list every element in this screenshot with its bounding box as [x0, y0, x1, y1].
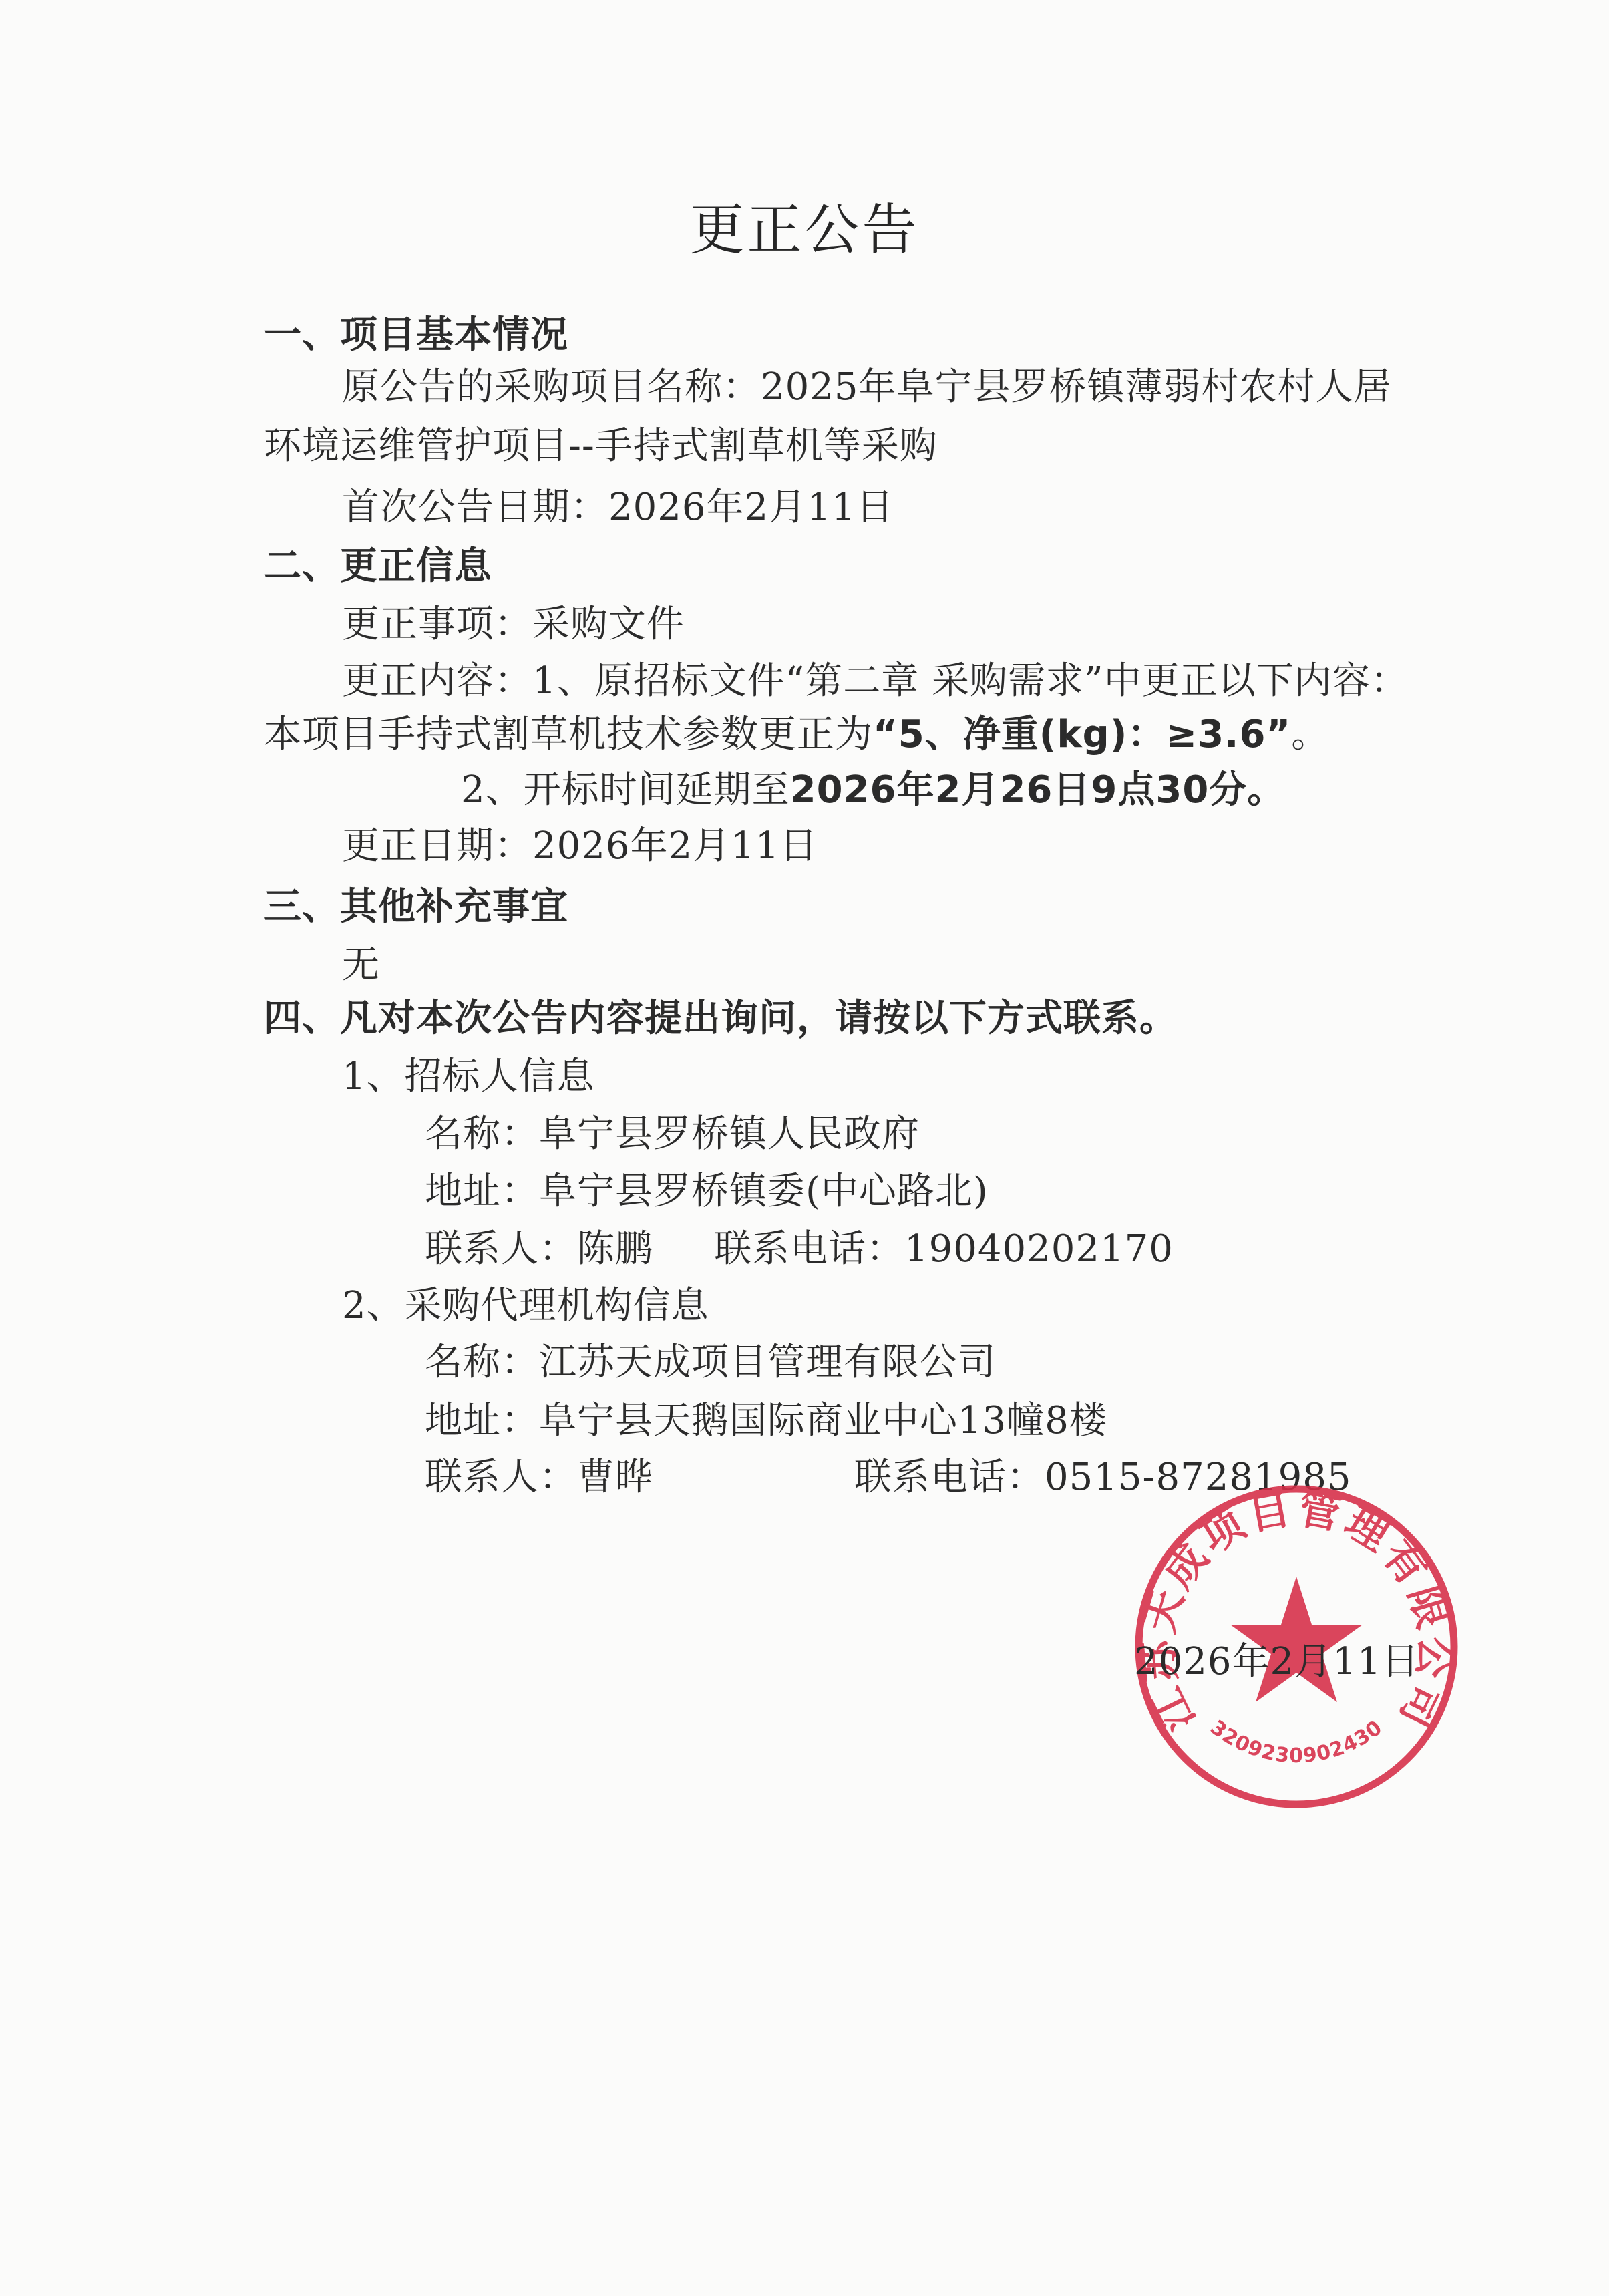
buyer-phone: 联系电话：19040202170	[714, 1220, 1174, 1278]
correction-date: 更正日期：2026年2月11日	[342, 818, 818, 875]
agency-name: 名称：江苏天成项目管理有限公司	[425, 1334, 996, 1391]
section-1-heading: 一、项目基本情况	[264, 307, 568, 364]
svg-text:3209230902430: 3209230902430	[1206, 1715, 1387, 1768]
correction-content-line3: 2、开标时间延期至2026年2月26日9点30分。	[461, 762, 1285, 819]
bid-opening-time: 2026年2月26日9点30分。	[790, 768, 1286, 812]
first-notice-date: 首次公告日期：2026年2月11日	[342, 479, 894, 536]
buyer-contact: 联系人：陈鹏	[425, 1220, 653, 1278]
section-3-heading: 三、其他补充事宜	[264, 878, 568, 936]
buyer-address: 地址：阜宁县罗桥镇委(中心路北)	[425, 1163, 989, 1220]
signature-date: 2026年2月11日	[1134, 1633, 1419, 1691]
seal-code: 3209230902430	[1206, 1715, 1387, 1768]
agency-address: 地址：阜宁县天鹅国际商业中心13幢8楼	[425, 1392, 1107, 1450]
section-2-heading: 二、更正信息	[264, 538, 492, 595]
content-line3-prefix: 2、开标时间延期至	[461, 768, 790, 812]
correction-item: 更正事项：采购文件	[342, 596, 685, 653]
section-3-body: 无	[342, 937, 380, 994]
project-name-line1: 原公告的采购项目名称：2025年阜宁县罗桥镇薄弱村农村人居	[342, 359, 1392, 416]
agency-info-label: 2、采购代理机构信息	[342, 1277, 709, 1335]
section-4-heading: 四、凡对本次公告内容提出询问，请按以下方式联系。	[264, 990, 1178, 1047]
agency-contact: 联系人：曹晔	[425, 1449, 653, 1506]
correction-content-line2: 本项目手持式割草机技术参数更正为“5、净重(kg)：≥3.6”。	[264, 706, 1329, 764]
buyer-name: 名称：阜宁县罗桥镇人民政府	[425, 1106, 920, 1163]
content-line2-suffix: 。	[1291, 713, 1329, 756]
buyer-info-label: 1、招标人信息	[342, 1048, 595, 1106]
project-name-line2: 环境运维管护项目--手持式割草机等采购	[264, 418, 938, 475]
correction-content-line1: 更正内容：1、原招标文件“第二章 采购需求”中更正以下内容：	[342, 653, 1409, 710]
page-title: 更正公告	[0, 194, 1609, 267]
document-page: 更正公告 一、项目基本情况 原公告的采购项目名称：2025年阜宁县罗桥镇薄弱村农…	[0, 0, 1609, 2296]
content-line2-prefix: 本项目手持式割草机技术参数更正为	[264, 713, 873, 756]
net-weight-spec: “5、净重(kg)：≥3.6”	[873, 713, 1291, 756]
